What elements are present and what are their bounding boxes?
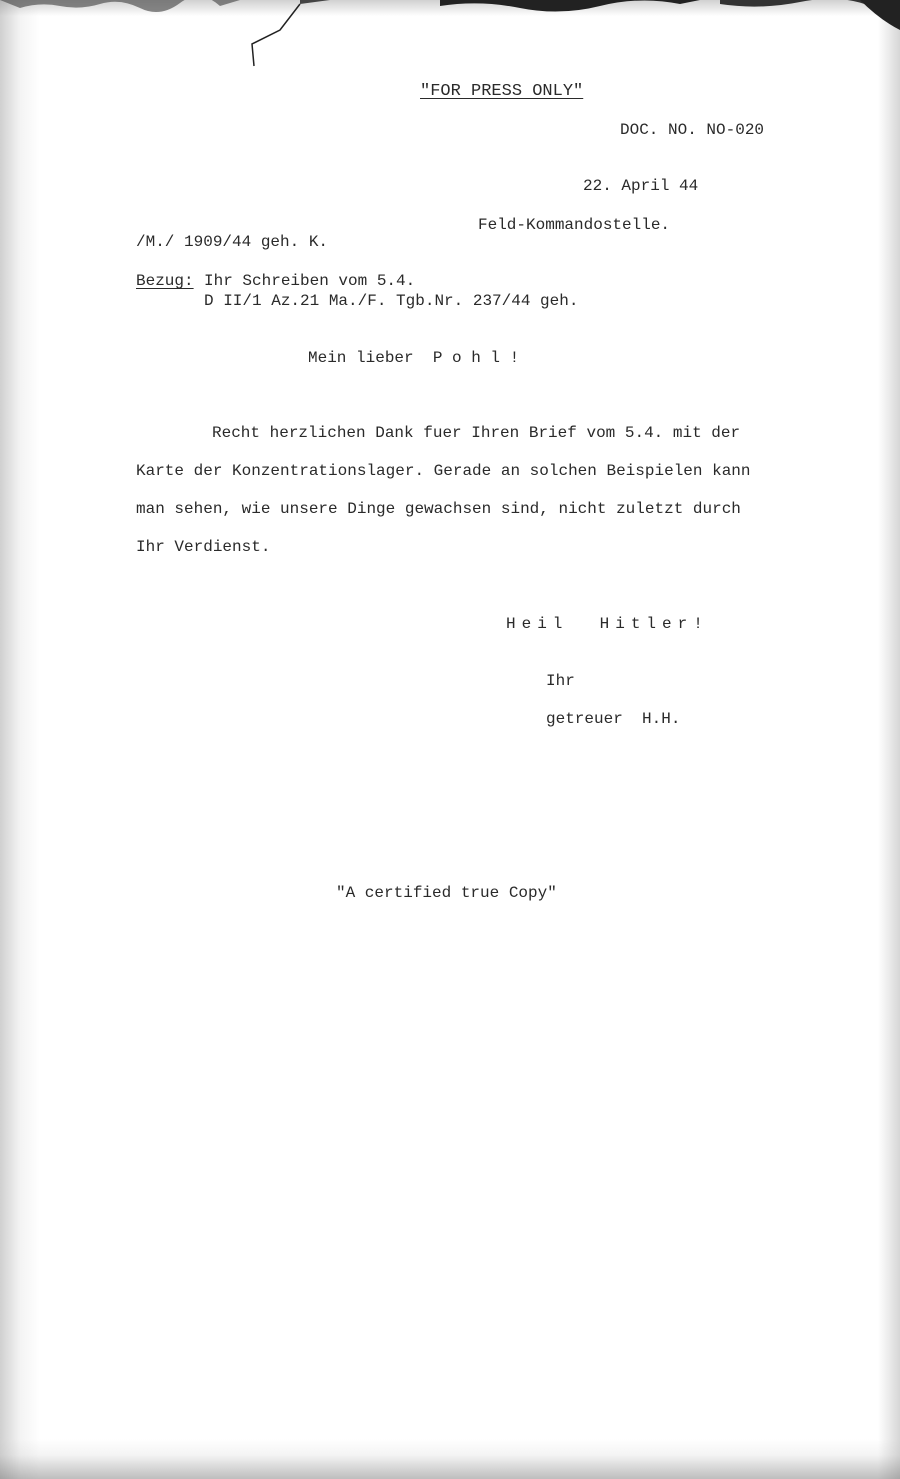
paper-edge-shadow-bottom [0,1439,900,1479]
paper-edge-shadow-left [0,0,40,1479]
bezug-line: Ihr Schreiben vom 5.4. [204,271,415,291]
body-line: man sehen, wie unsere Dinge gewachsen si… [136,499,741,519]
scanned-document-page: "FOR PRESS ONLY" DOC. NO. NO-020 22. Apr… [0,0,900,1479]
signature-initials: getreuer H.H. [546,709,680,729]
letter-place: Feld-Kommandostelle. [478,215,670,235]
torn-top-edge [0,0,900,80]
body-line: Karte der Konzentrationslager. Gerade an… [136,461,751,481]
bezug-line: D II/1 Az.21 Ma./F. Tgb.Nr. 237/44 geh. [204,291,578,311]
paper-edge-shadow-right [878,0,900,1479]
document-number: DOC. NO. NO-020 [620,120,764,140]
body-line: Recht herzlichen Dank fuer Ihren Brief v… [212,423,740,443]
certification-note: "A certified true Copy" [336,883,557,903]
closing-greeting: Heil Hitler! [506,614,709,634]
reference-number: /M./ 1909/44 geh. K. [136,232,328,252]
bezug-label: Bezug: [136,271,194,291]
signature-line: Ihr [546,671,575,691]
salutation: Mein lieber P o h l ! [308,348,519,368]
letter-date: 22. April 44 [583,176,698,196]
body-line: Ihr Verdienst. [136,537,270,557]
press-only-heading: "FOR PRESS ONLY" [420,82,583,102]
